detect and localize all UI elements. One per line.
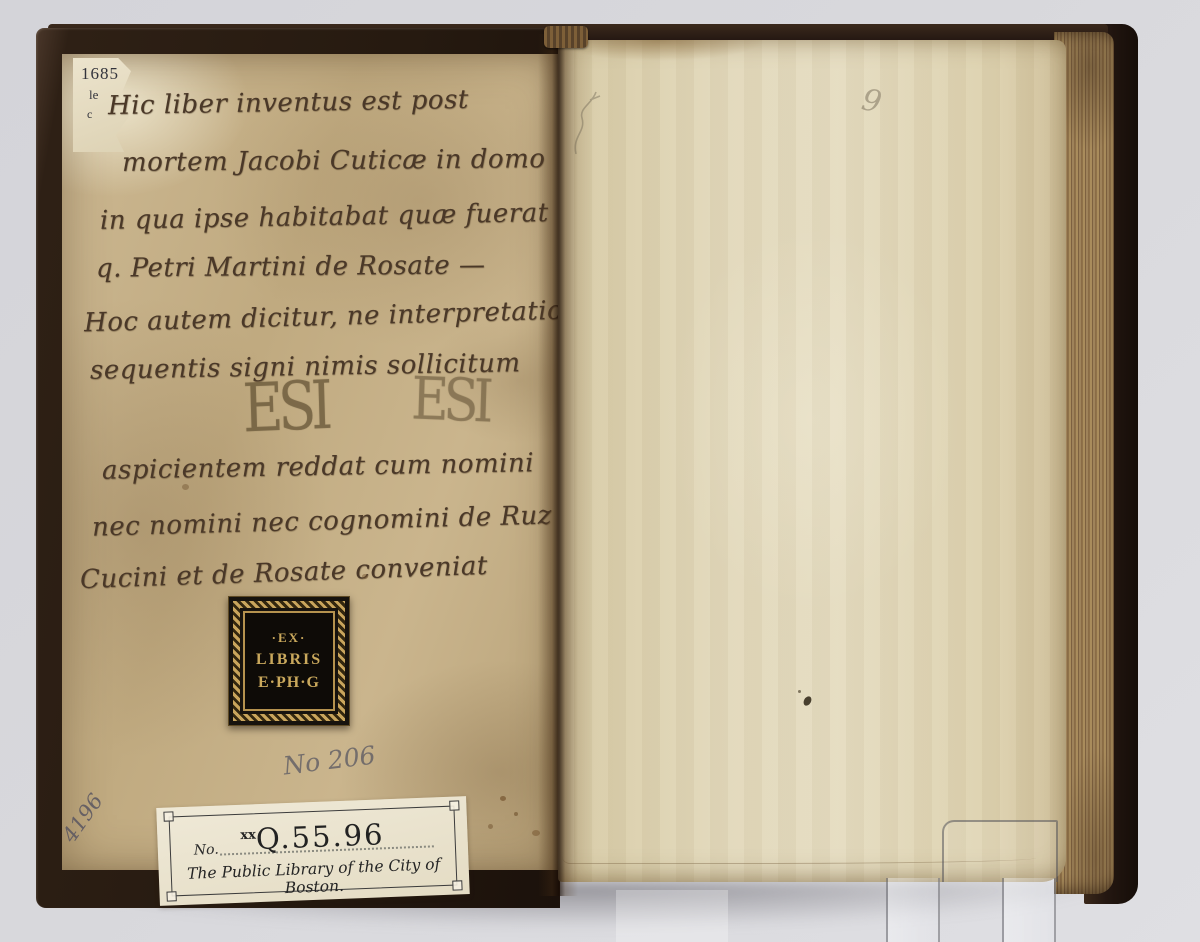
- inscription-line: nec nomini nec cognomini de Ruz de: [92, 499, 594, 542]
- stain: [362, 574, 368, 579]
- inscription-line: Cucini et de Rosate conveniat: [80, 551, 489, 595]
- front-cover-inside: 1685 le c Hic liber inventus est post mo…: [36, 28, 560, 908]
- bookplate-line2: LIBRIS: [256, 651, 322, 669]
- bookplate-gold-frame: ·EX· LIBRIS E·PH·G: [233, 601, 345, 721]
- photograph-background: 1685 le c Hic liber inventus est post mo…: [0, 0, 1200, 942]
- book-gutter-shadow: [538, 34, 578, 896]
- stain: [514, 812, 518, 816]
- faint-pencil-mark: 9: [859, 82, 885, 120]
- pastedown-page: 1685 le c Hic liber inventus est post mo…: [62, 54, 560, 870]
- pencil-shelf-number-rotated: 4196: [58, 789, 108, 847]
- call-number-digits: Q.55.96: [255, 817, 385, 856]
- inscription-line: Hic liber inventus est post: [108, 85, 469, 121]
- ink-speck: [802, 695, 813, 707]
- call-number-marks: xx: [240, 828, 256, 844]
- pencil-accession-number: No 206: [282, 740, 377, 780]
- acrylic-clip-leg: [886, 878, 940, 942]
- ink-monogram: ESI: [242, 365, 329, 447]
- inscription-line: in qua ipse habitabat quæ fuerat: [100, 198, 549, 236]
- blank-flyleaf-page: 9: [558, 40, 1066, 882]
- inscription-line: mortem Jacobi Cuticæ in domo: [122, 144, 546, 178]
- spine-headband: [544, 26, 588, 48]
- stain: [182, 484, 189, 490]
- ink-speck: [798, 690, 801, 693]
- boston-public-library-label: No. xxQ.55.96 The Public Library of the …: [156, 796, 470, 906]
- shelf-corner-label-line1: 1685: [81, 64, 131, 84]
- bookplate-line1: ·EX·: [272, 630, 307, 646]
- acrylic-strip-center: [616, 890, 728, 942]
- ex-libris-bookplate: ·EX· LIBRIS E·PH·G: [228, 596, 350, 726]
- bookplate-monogram: E·PH·G: [258, 674, 320, 692]
- stain: [488, 824, 493, 829]
- inscription-line: aspicientem reddat cum nomini: [102, 448, 535, 486]
- bookplate-panel: ·EX· LIBRIS E·PH·G: [243, 611, 335, 711]
- acrylic-clip-leg: [1002, 878, 1056, 942]
- ink-monogram: ESI: [410, 365, 489, 436]
- inscription-line: Hoc autem dicitur, ne interpretatio: [84, 296, 564, 339]
- stain: [500, 796, 506, 801]
- inscription-line: q. Petri Martini de Rosate —: [96, 250, 486, 283]
- acrylic-page-clip: [942, 820, 1058, 882]
